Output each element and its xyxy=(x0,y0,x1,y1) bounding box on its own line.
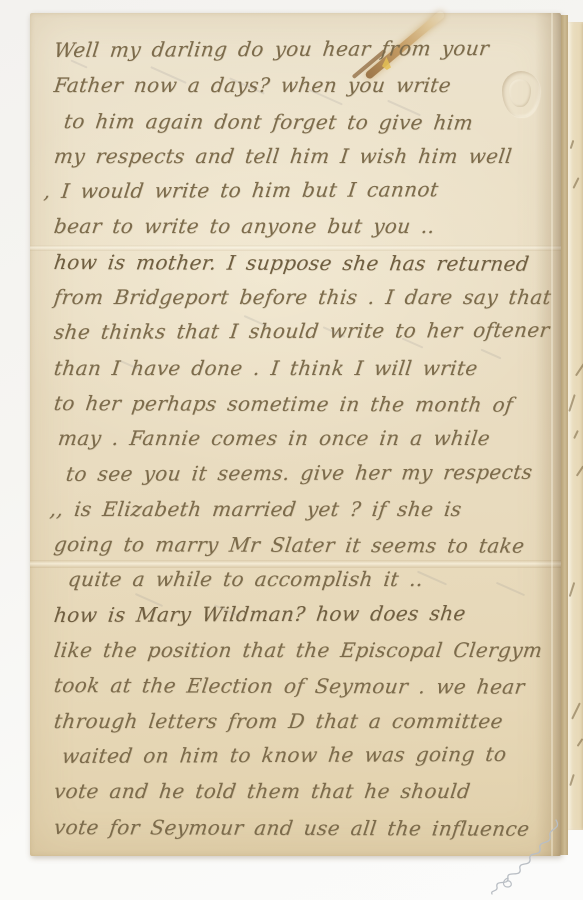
letter-page: Well my darling do you hear from yourFat… xyxy=(30,13,561,856)
handwritten-line: like the position that the Episcopal Cle… xyxy=(38,633,557,668)
handwritten-line: , I would write to him but I cannot xyxy=(38,172,557,210)
handwritten-line: to her perhaps sometime in the month of xyxy=(38,386,557,423)
handwritten-line: ,, is Elizabeth married yet ? if she is xyxy=(38,492,557,527)
handwritten-line: Father now a days? when you write xyxy=(38,68,557,103)
letter-text: Well my darling do you hear from yourFat… xyxy=(40,33,555,845)
handwritten-line: how is Mary Wildman? how does she xyxy=(38,596,557,634)
handwritten-line: waited on him to know he was going to xyxy=(38,737,557,775)
adjacent-page-writing-stroke xyxy=(577,738,583,747)
handwritten-line: than I have done . I think I will write xyxy=(38,351,557,386)
adjacent-page-edge xyxy=(568,22,583,830)
handwritten-line: to see you it seems. give her my respect… xyxy=(38,454,557,492)
page-fold-highlight xyxy=(551,13,553,856)
adjacent-page-writing-stroke xyxy=(573,430,579,439)
fold-gap-shadow xyxy=(561,15,568,855)
adjacent-page-writing-stroke xyxy=(575,363,583,377)
handwritten-line: through letters from D that a committee xyxy=(38,704,557,739)
handwritten-line: took at the Election of Seymour . we hea… xyxy=(38,668,557,705)
handwritten-line: vote and he told them that he should xyxy=(38,774,557,809)
adjacent-page-writing-stroke xyxy=(570,140,575,149)
adjacent-page-writing-stroke xyxy=(569,774,575,786)
adjacent-page-writing-stroke xyxy=(576,465,583,476)
adjacent-page-writing-stroke xyxy=(572,177,579,189)
handwritten-line: may . Fannie comes in once in a while xyxy=(38,421,557,456)
handwritten-line: Well my darling do you hear from your xyxy=(38,31,557,69)
handwritten-line: quite a while to accomplish it .. xyxy=(38,562,557,597)
adjacent-page-writing-stroke xyxy=(571,702,581,719)
handwritten-line: to him again dont forget to give him xyxy=(38,104,557,141)
page-fold-shade xyxy=(535,13,561,856)
stray-fiber xyxy=(478,818,570,896)
handwritten-line: from Bridgeport before this . I dare say… xyxy=(38,280,557,315)
handwritten-line: going to marry Mr Slater it seems to tak… xyxy=(38,527,557,564)
handwritten-line: how is mother. I suppose she has returne… xyxy=(38,245,557,282)
adjacent-page-writing-stroke xyxy=(568,394,575,412)
handwritten-line: my respects and tell him I wish him well xyxy=(38,139,557,174)
handwritten-line: bear to write to anyone but you .. xyxy=(38,209,557,244)
handwritten-line: she thinks that I should write to her of… xyxy=(38,313,557,351)
adjacent-page-writing-stroke xyxy=(569,582,576,597)
scan-background: Well my darling do you hear from yourFat… xyxy=(0,0,583,900)
